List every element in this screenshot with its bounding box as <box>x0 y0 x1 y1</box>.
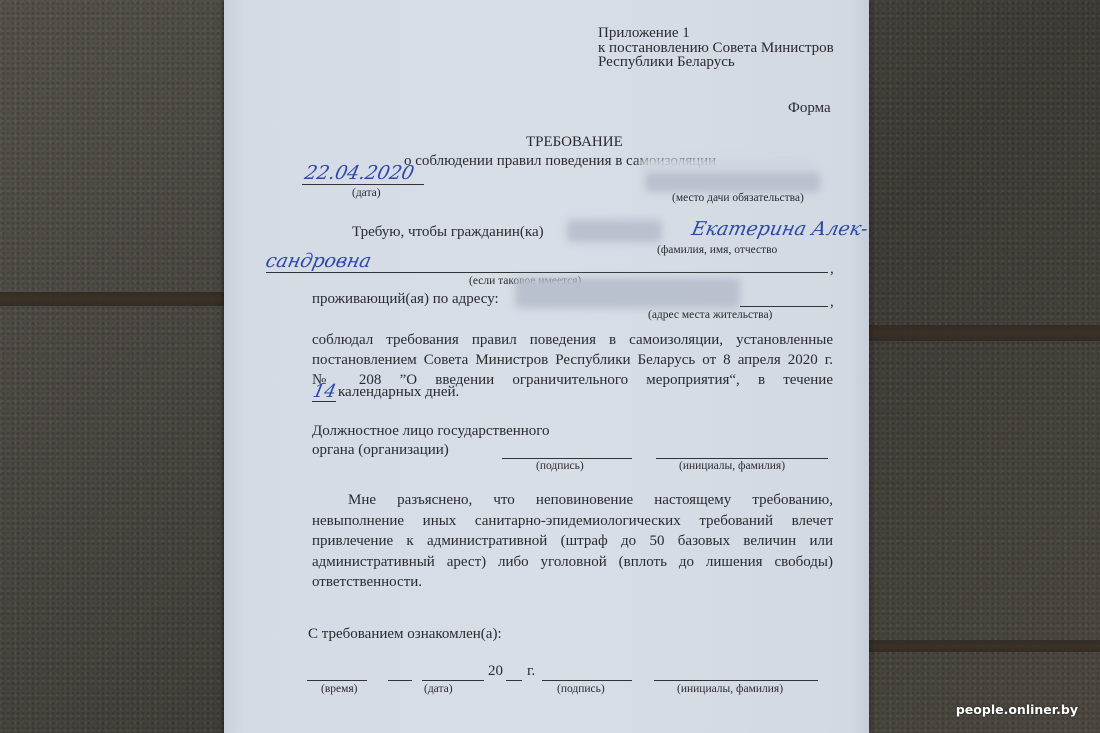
official-line-1: Должностное лицо государственного <box>312 424 550 439</box>
redacted-address <box>515 278 740 308</box>
days-handwritten: 14 <box>311 381 338 402</box>
body-line-2: постановлением Совета Министров Республи… <box>312 350 833 371</box>
date-line <box>422 680 484 681</box>
official-line-2: органа (организации) <box>312 443 449 458</box>
official-signature-line <box>502 458 632 459</box>
appendix-line-3: Республики Беларусь <box>598 55 735 70</box>
document-title: ТРЕБОВАНИЕ <box>526 135 623 150</box>
ack-initials-line <box>654 680 818 681</box>
name-caption: (фамилия, имя, отчество <box>657 245 777 257</box>
place-caption: (место дачи обязательства) <box>672 193 804 205</box>
date-handwritten: 22.04.2020 <box>303 162 416 184</box>
year-line <box>506 680 522 681</box>
address-comma: , <box>830 295 834 310</box>
address-underline <box>740 306 828 307</box>
time-caption: (время) <box>321 684 358 696</box>
address-intro: проживающий(ая) по адресу: <box>312 292 499 307</box>
appendix-line-1: Приложение 1 <box>598 26 690 41</box>
day-line <box>388 680 412 681</box>
days-underline <box>312 401 336 402</box>
pavement-joint <box>869 325 1100 341</box>
body-line-4: календарных дней. <box>338 385 459 400</box>
ack-signature-line <box>542 680 632 681</box>
acknowledgement-label: С требованием ознакомлен(а): <box>308 627 502 642</box>
pavement-joint <box>869 640 1100 652</box>
year-prefix: 20 <box>488 664 503 679</box>
ack-signature-caption: (подпись) <box>557 684 605 696</box>
name-comma: , <box>830 262 834 277</box>
date-caption: (дата) <box>352 188 381 200</box>
redacted-area <box>640 158 810 170</box>
redacted-surname <box>567 220 662 242</box>
pavement-joint <box>0 292 224 306</box>
year-suffix: г. <box>527 664 535 679</box>
official-initials-caption: (инициалы, фамилия) <box>679 461 785 473</box>
body-line-1: соблюдал требования правил поведения в с… <box>312 330 833 351</box>
official-initials-line <box>656 458 828 459</box>
ack-date-caption: (дата) <box>424 684 453 696</box>
citizen-intro: Требую, чтобы гражданин(ка) <box>352 225 544 240</box>
date-underline <box>302 184 424 185</box>
warning-paragraph: Мне разъяснено, что неповиновение настоя… <box>312 490 833 593</box>
name-handwritten-1: Екатерина Алек- <box>690 218 870 240</box>
redacted-place <box>645 172 820 192</box>
name-underline <box>266 272 828 273</box>
official-signature-caption: (подпись) <box>536 461 584 473</box>
ack-initials-caption: (инициалы, фамилия) <box>677 684 783 696</box>
form-label: Форма <box>788 101 831 116</box>
source-watermark: people.onliner.by <box>956 702 1078 717</box>
address-caption: (адрес места жительства) <box>648 310 772 322</box>
time-line <box>307 680 367 681</box>
name-handwritten-2: сандровна <box>264 250 374 272</box>
